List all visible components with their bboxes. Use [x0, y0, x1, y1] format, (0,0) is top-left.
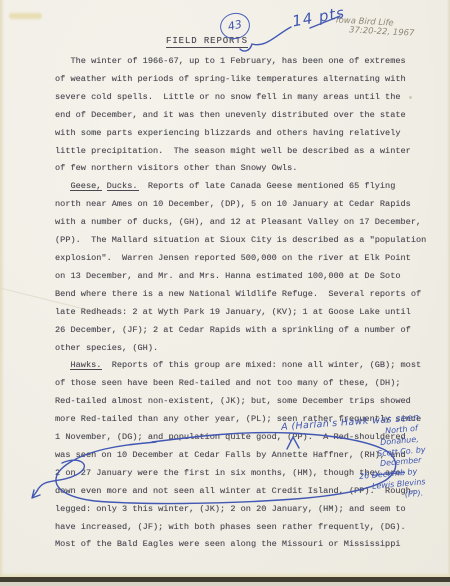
- typed-line: with some parts experiencing blizzards a…: [55, 125, 426, 143]
- paper-smudge: [9, 13, 42, 19]
- scan-background-strip: [0, 582, 450, 586]
- typed-line: Geese, Ducks. Reports of late Canada Gee…: [55, 178, 426, 196]
- margin-note-text: 26: [359, 471, 372, 481]
- circled-page-number-text: 43: [227, 18, 243, 34]
- typed-line: The winter of 1966-67, up to 1 February,…: [55, 53, 426, 71]
- typed-line: have increased, (JF); with both phases s…: [55, 519, 426, 537]
- underline-geese: [70, 190, 102, 191]
- typed-line: of few northern visitors other than Snow…: [55, 160, 426, 178]
- typed-line: of those seen have been Red-tailed and n…: [55, 375, 426, 393]
- margin-note: North of Donahue, Scott Co. by December …: [355, 420, 450, 504]
- typed-line: Bend where there is a new National Wildl…: [55, 286, 426, 304]
- typed-line: late Redheads: 2 at Wyth Park 19 January…: [55, 304, 426, 322]
- typed-line: north near Ames on 10 December, (DP), 5 …: [55, 196, 426, 214]
- underline-hawks: [70, 369, 102, 370]
- typed-line: Red-tailed almost non-existent, (JK); bu…: [55, 393, 426, 411]
- typed-line: of weather with periods of spring-like t…: [55, 71, 426, 89]
- typed-line: little precipitation. The season might w…: [55, 143, 426, 161]
- typed-line: Hawks. Reports of this group are mixed: …: [55, 357, 426, 375]
- typed-line: 26 December, (JF); 2 at Cedar Rapids wit…: [55, 322, 426, 340]
- typed-line: other species, (GH).: [55, 340, 426, 358]
- page-left-edge: [0, 0, 4, 586]
- typed-line: end of December, and it was then unevenl…: [55, 107, 426, 125]
- underline-ducks: [107, 190, 139, 191]
- margin-arrow-head: [32, 490, 40, 498]
- margin-note-text: by: [405, 467, 418, 477]
- typed-line: with a number of ducks, (GH), and 12 at …: [55, 214, 426, 232]
- typed-line: (PP). The Mallard situation at Sioux Cit…: [55, 232, 426, 250]
- typed-line: severe cold spells. Little or no snow fe…: [55, 89, 426, 107]
- typed-line: explosion". Warren Jensen reported 500,0…: [55, 250, 426, 268]
- typed-line: on 13 December, and Mr. and Mrs. Hanna e…: [55, 268, 426, 286]
- scanned-page: FIELD REPORTS The winter of 1966-67, up …: [0, 0, 450, 586]
- typed-line: Most of the Bald Eagles were seen along …: [55, 536, 426, 554]
- page-title: FIELD REPORTS: [0, 36, 432, 46]
